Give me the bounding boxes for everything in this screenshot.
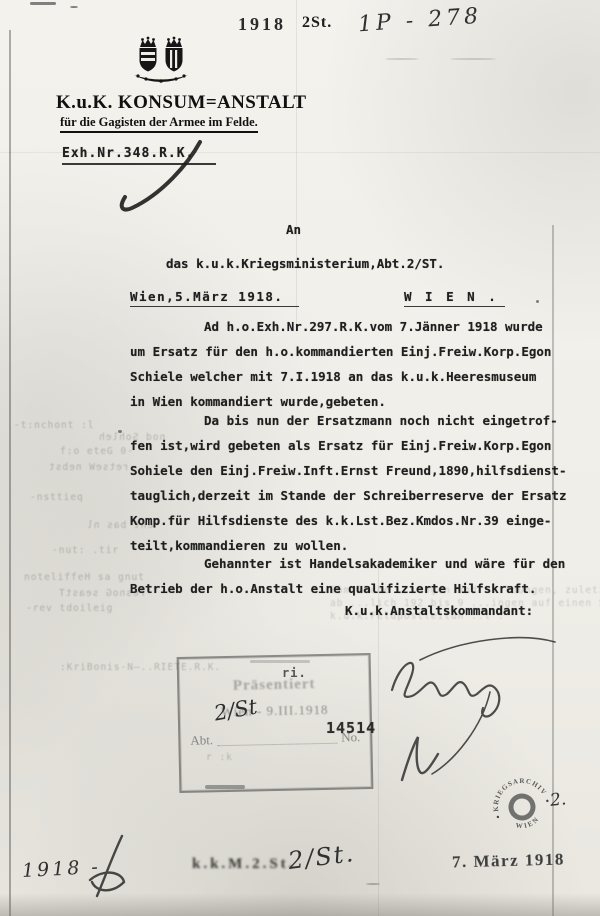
date-received-stamp: 7. März 1918 — [452, 850, 565, 873]
document-page: 1918 2St. 1P - 278 K.u.K. KO — [0, 0, 600, 916]
receipt-stamp-heading: Präsentiert — [179, 675, 369, 696]
receipt-stamp-place-date: Wien - 9.III.1918 — [180, 701, 370, 721]
handwritten-ref-note: 2/St. — [287, 839, 357, 875]
bleedthrough-fragment: :KriBonis-N—..RIETE.R.K. — [60, 662, 221, 673]
bleedthrough-fragment: ent bas nl — [86, 520, 153, 531]
bleedthrough-fragment: resnoG seastT — [58, 588, 145, 599]
body-line: fen ist,wird gebeten als Ersatz für Einj… — [130, 433, 582, 458]
paper-speck — [450, 58, 496, 60]
left-paper-edge — [9, 30, 11, 916]
bleedthrough-fragment: -t:nchont :l — [14, 420, 95, 431]
body-line: Schiele welcher mit 7.I.1918 an das k.u.… — [130, 364, 582, 389]
handwritten-flourish — [82, 832, 137, 900]
bleedthrough-fragment: retseW nebst — [48, 462, 129, 473]
bleedthrough-fragment: f:o eteG 0- — [60, 446, 134, 457]
paper-speck — [70, 6, 78, 8]
salutation: An — [286, 222, 301, 237]
bleedthrough-fragment: k.u.k.Feldpostleitun ..t . — [330, 611, 505, 622]
letterhead-org-subtitle: für die Gagisten der Armee im Felde. — [60, 115, 258, 133]
vertical-crease-top — [296, 0, 297, 330]
bleedthrough-fragment: -nsttieq — [30, 492, 84, 503]
bleedthrough-fragment: ab ...lich 192 bis 9 ...ingen auf einen … — [330, 598, 600, 609]
letterhead-org-name: K.u.K. KONSUM=ANSTALT — [56, 92, 306, 114]
smudged-stamp: k.k.M.2.St. — [192, 856, 295, 873]
bleedthrough-fragment: nod Sohleh — [98, 432, 165, 443]
archive-number-handwritten: 2. — [549, 789, 567, 811]
paper-speck — [385, 58, 419, 60]
paper-speck — [366, 883, 380, 885]
coat-of-arms-emblem — [130, 35, 192, 87]
body-paragraph-2: Da bis nun der Ersatzmann noch nicht ein… — [130, 408, 582, 558]
recipient-line: das k.u.k.Kriegsministerium,Abt.2/ST. — [166, 256, 444, 271]
department-stamp: 2St. — [302, 14, 332, 32]
body-line: Sohiele den Einj.Freiw.Inft.Ernst Freund… — [130, 458, 582, 483]
body-line: Gehannter ist Handelsakademiker und wäre… — [130, 551, 582, 576]
handwritten-file-number: 1P - 278 — [357, 4, 483, 38]
body-line: um Ersatz für den h.o.kommandierten Einj… — [130, 339, 582, 364]
body-line: Ad h.o.Exh.Nr.297.R.K.vom 7.Jänner 1918 … — [130, 314, 582, 339]
bleedthrough-fragment: -rev tdoileig — [26, 603, 113, 614]
body-line: Da bis nun der Ersatzmann noch nicht ein… — [130, 408, 582, 433]
bleedthrough-fragment: noteliffeH sa gnut — [24, 572, 145, 583]
city-line: W I E N . — [404, 289, 505, 307]
paper-speck — [536, 300, 539, 303]
paper-speck — [30, 2, 56, 5]
bleedthrough-fragment: -nut: .tir — [52, 545, 119, 556]
body-paragraph-1: Ad h.o.Exh.Nr.297.R.K.vom 7.Jänner 1918 … — [130, 314, 582, 414]
bleedthrough-fragment: r :k — [206, 752, 233, 763]
bleedthrough-fragment: Sämtliche ...angen und ...ldungen, zulet… — [330, 585, 600, 596]
year-stamp: 1918 — [238, 14, 286, 35]
signature-dr-posony — [350, 612, 565, 787]
handwritten-check-mark — [100, 136, 210, 226]
body-line: Komp.für Hilfsdienste des k.k.Lst.Bez.Km… — [130, 508, 582, 533]
bleedthrough-fragment: ri. — [282, 666, 307, 680]
receipt-stamp-dotted-line — [217, 733, 337, 747]
body-line: tauglich,derzeit im Stande der Schreiber… — [130, 483, 582, 508]
place-date-line: Wien,5.März 1918. — [130, 289, 299, 307]
receipt-stamp-dept-label: Abt. — [190, 732, 213, 748]
receipt-stamp-number: 14514 — [326, 719, 376, 737]
